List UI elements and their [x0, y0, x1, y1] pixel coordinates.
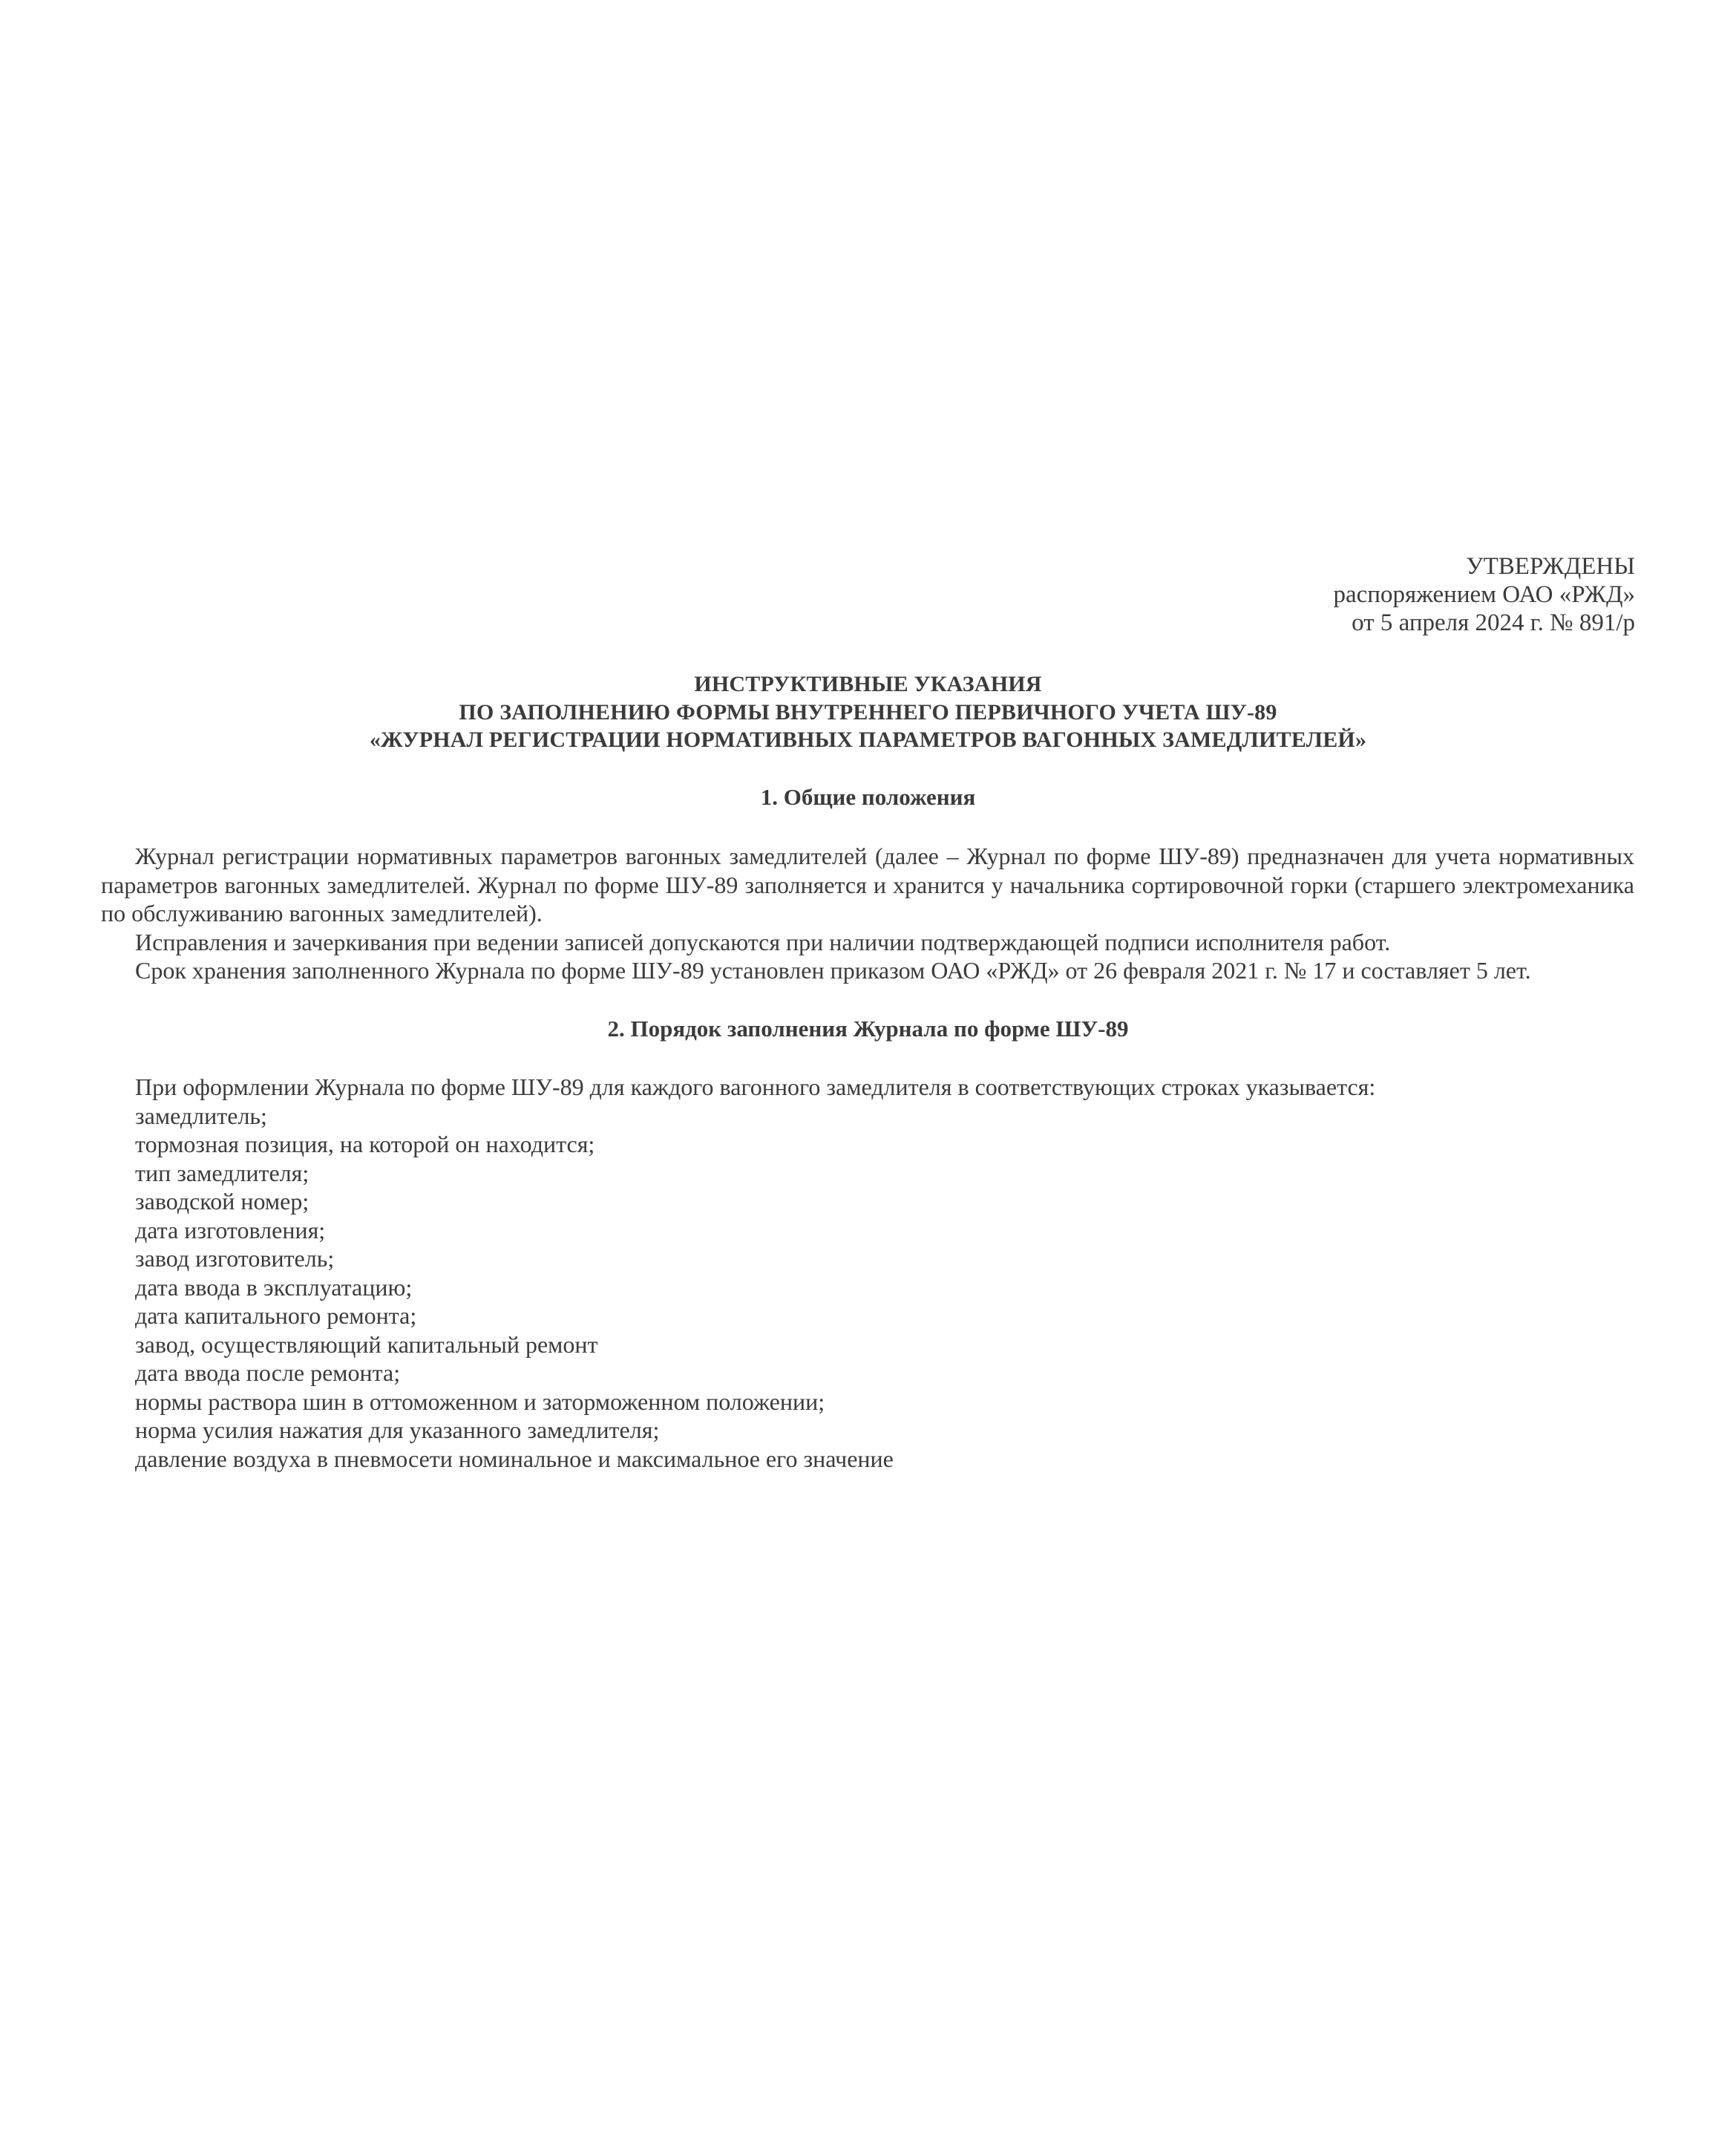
section-1-body: Журнал регистрации нормативных параметро…	[101, 842, 1634, 985]
list-item: дата капитального ремонта;	[101, 1301, 1634, 1330]
list-item: тормозная позиция, на которой он находит…	[101, 1130, 1634, 1159]
list-item: давление воздуха в пневмосети номинально…	[101, 1445, 1634, 1474]
list-item: дата изготовления;	[101, 1216, 1634, 1245]
required-fields-list: замедлитель; тормозная позиция, на котор…	[101, 1102, 1634, 1474]
list-item: норма усилия нажатия для указанного заме…	[101, 1416, 1634, 1445]
section-1-paragraph-purpose: Журнал регистрации нормативных параметро…	[101, 842, 1634, 928]
title-line-1: ИНСТРУКТИВНЫЕ УКАЗАНИЯ	[0, 670, 1736, 699]
list-item: завод, осуществляющий капитальный ремонт	[101, 1330, 1634, 1359]
document-title: ИНСТРУКТИВНЫЕ УКАЗАНИЯ ПО ЗАПОЛНЕНИЮ ФОР…	[0, 670, 1736, 754]
approval-stamp: УТВЕРЖДЕНЫ распоряжением ОАО «РЖД» от 5 …	[1334, 552, 1635, 637]
title-line-2: ПО ЗАПОЛНЕНИЮ ФОРМЫ ВНУТРЕННЕГО ПЕРВИЧНО…	[0, 699, 1736, 727]
document-page: УТВЕРЖДЕНЫ распоряжением ОАО «РЖД» от 5 …	[0, 0, 1736, 2144]
section-1-paragraph-retention: Срок хранения заполненного Журнала по фо…	[101, 956, 1634, 985]
section-2-body: При оформлении Журнала по форме ШУ-89 дл…	[101, 1073, 1634, 1473]
list-item: дата ввода в эксплуатацию;	[101, 1273, 1634, 1302]
list-item: заводской номер;	[101, 1187, 1634, 1216]
list-item: замедлитель;	[101, 1102, 1634, 1131]
list-item: нормы раствора шин в оттоможенном и зато…	[101, 1388, 1634, 1416]
list-item: завод изготовитель;	[101, 1244, 1634, 1273]
approval-status: УТВЕРЖДЕНЫ	[1334, 552, 1635, 581]
section-1-paragraph-corrections: Исправления и зачеркивания при ведении з…	[101, 928, 1634, 957]
approval-authority: распоряжением ОАО «РЖД»	[1334, 581, 1635, 609]
section-2-intro: При оформлении Журнала по форме ШУ-89 дл…	[101, 1073, 1634, 1102]
list-item: тип замедлителя;	[101, 1159, 1634, 1188]
approval-date-number: от 5 апреля 2024 г. № 891/р	[1334, 609, 1635, 637]
title-line-3: «ЖУРНАЛ РЕГИСТРАЦИИ НОРМАТИВНЫХ ПАРАМЕТР…	[0, 726, 1736, 754]
section-1-heading: 1. Общие положения	[0, 783, 1736, 811]
section-2-heading: 2. Порядок заполнения Журнала по форме Ш…	[0, 1015, 1736, 1043]
list-item: дата ввода после ремонта;	[101, 1359, 1634, 1388]
